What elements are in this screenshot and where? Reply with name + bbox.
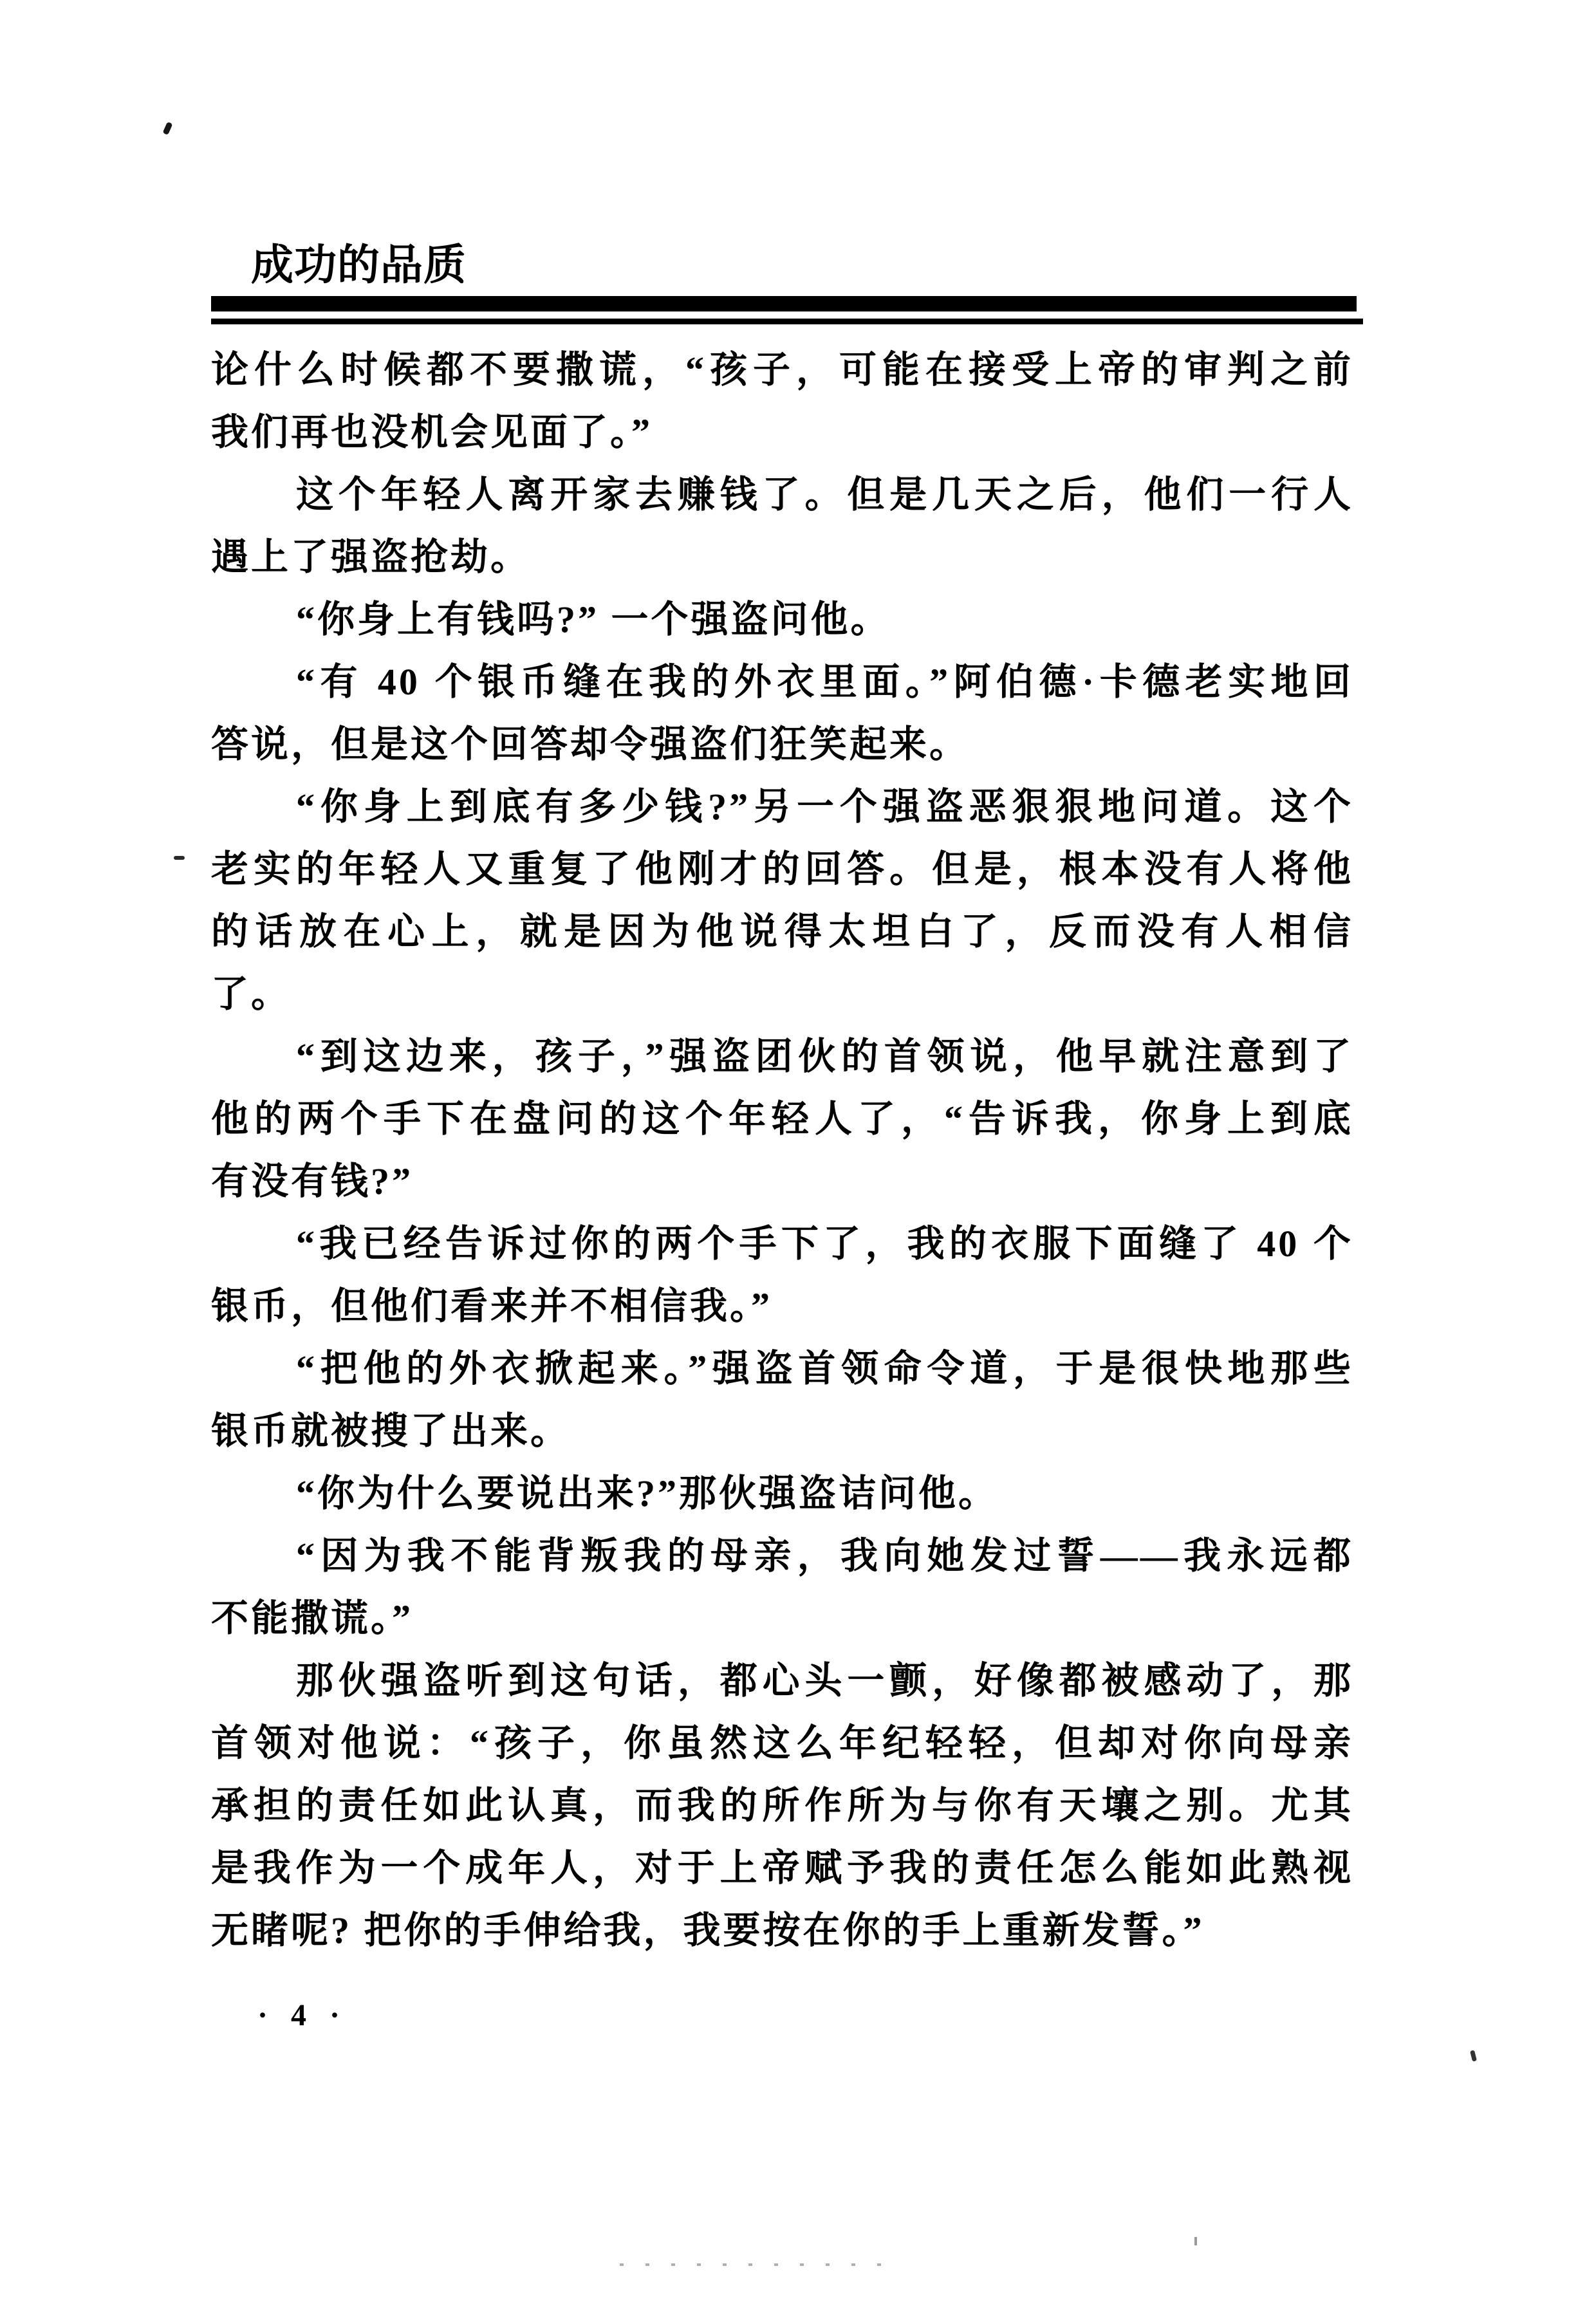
text-line: 有没有钱?” [211, 1150, 1353, 1212]
text-line: 银币就被搜了出来。 [211, 1400, 1353, 1462]
scan-artifact-bottom-right [1470, 2050, 1477, 2061]
book-page: 成功的品质 论什么时候都不要撒谎，“孩子，可能在接受上帝的审判之前 我们再也没机… [0, 0, 1596, 2302]
text-line: “到这边来，孩子，”强盗团伙的首领说，他早就注意到了 [211, 1025, 1353, 1088]
body-text-column: 论什么时候都不要撒谎，“孩子，可能在接受上帝的审判之前 我们再也没机会见面了。”… [211, 339, 1353, 1962]
text-line: 不能撒谎。” [211, 1587, 1353, 1649]
header-rule-thick [211, 296, 1357, 311]
text-line: 首领对他说：“孩子，你虽然这么年纪轻轻，但却对你向母亲 [211, 1712, 1353, 1774]
text-line: 承担的责任如此认真，而我的所作所为与你有天壤之别。尤其 [211, 1774, 1353, 1837]
text-line: 论什么时候都不要撒谎，“孩子，可能在接受上帝的审判之前 [211, 339, 1353, 401]
text-line: 我们再也没机会见面了。” [211, 401, 1353, 463]
text-line: “把他的外衣掀起来。”强盗首领命令道，于是很快地那些 [211, 1337, 1353, 1400]
text-line: 是我作为一个成年人，对于上帝赋予我的责任怎么能如此熟视 [211, 1837, 1353, 1899]
text-line: 了。 [211, 963, 1353, 1025]
text-line: 无睹呢? 把你的手伸给我，我要按在你的手上重新发誓。” [211, 1899, 1353, 1962]
text-line: 那伙强盗听到这句话，都心头一颤，好像都被感动了，那 [211, 1649, 1353, 1712]
page-number: · 4 · [257, 1998, 348, 2033]
text-line: 他的两个手下在盘问的这个年轻人了，“告诉我，你身上到底 [211, 1088, 1353, 1150]
text-line: 的话放在心上，就是因为他说得太坦白了，反而没有人相信 [211, 900, 1353, 963]
text-line: “你身上有钱吗?” 一个强盗问他。 [211, 588, 1353, 651]
text-line: “我已经告诉过你的两个手下了，我的衣服下面缝了 40 个 [211, 1212, 1353, 1275]
header-rule-thin [211, 319, 1363, 324]
text-line: “因为我不能背叛我的母亲，我向她发过誓——我永远都 [211, 1525, 1353, 1587]
scan-artifact-bottom-tick [1194, 2237, 1197, 2245]
text-line: 老实的年轻人又重复了他刚才的回答。但是，根本没有人将他 [211, 838, 1353, 900]
scan-artifact-left-margin [174, 856, 185, 860]
running-head-title: 成功的品质 [251, 239, 467, 291]
text-line: “你为什么要说出来?”那伙强盗诘问他。 [211, 1462, 1353, 1525]
scan-artifact-top-left [163, 122, 173, 135]
text-line: 答说，但是这个回答却令强盗们狂笑起来。 [211, 713, 1353, 775]
text-line: “有 40 个银币缝在我的外衣里面。”阿伯德·卡德老实地回 [211, 651, 1353, 713]
text-line: 银币，但他们看来并不相信我。” [211, 1275, 1353, 1337]
text-line: 遇上了强盗抢劫。 [211, 526, 1353, 588]
text-line: “你身上到底有多少钱?”另一个强盗恶狠狠地问道。这个 [211, 775, 1353, 838]
text-line: 这个年轻人离开家去赚钱了。但是几天之后，他们一行人 [211, 463, 1353, 526]
scan-artifact-bottom-dots [620, 2263, 898, 2266]
